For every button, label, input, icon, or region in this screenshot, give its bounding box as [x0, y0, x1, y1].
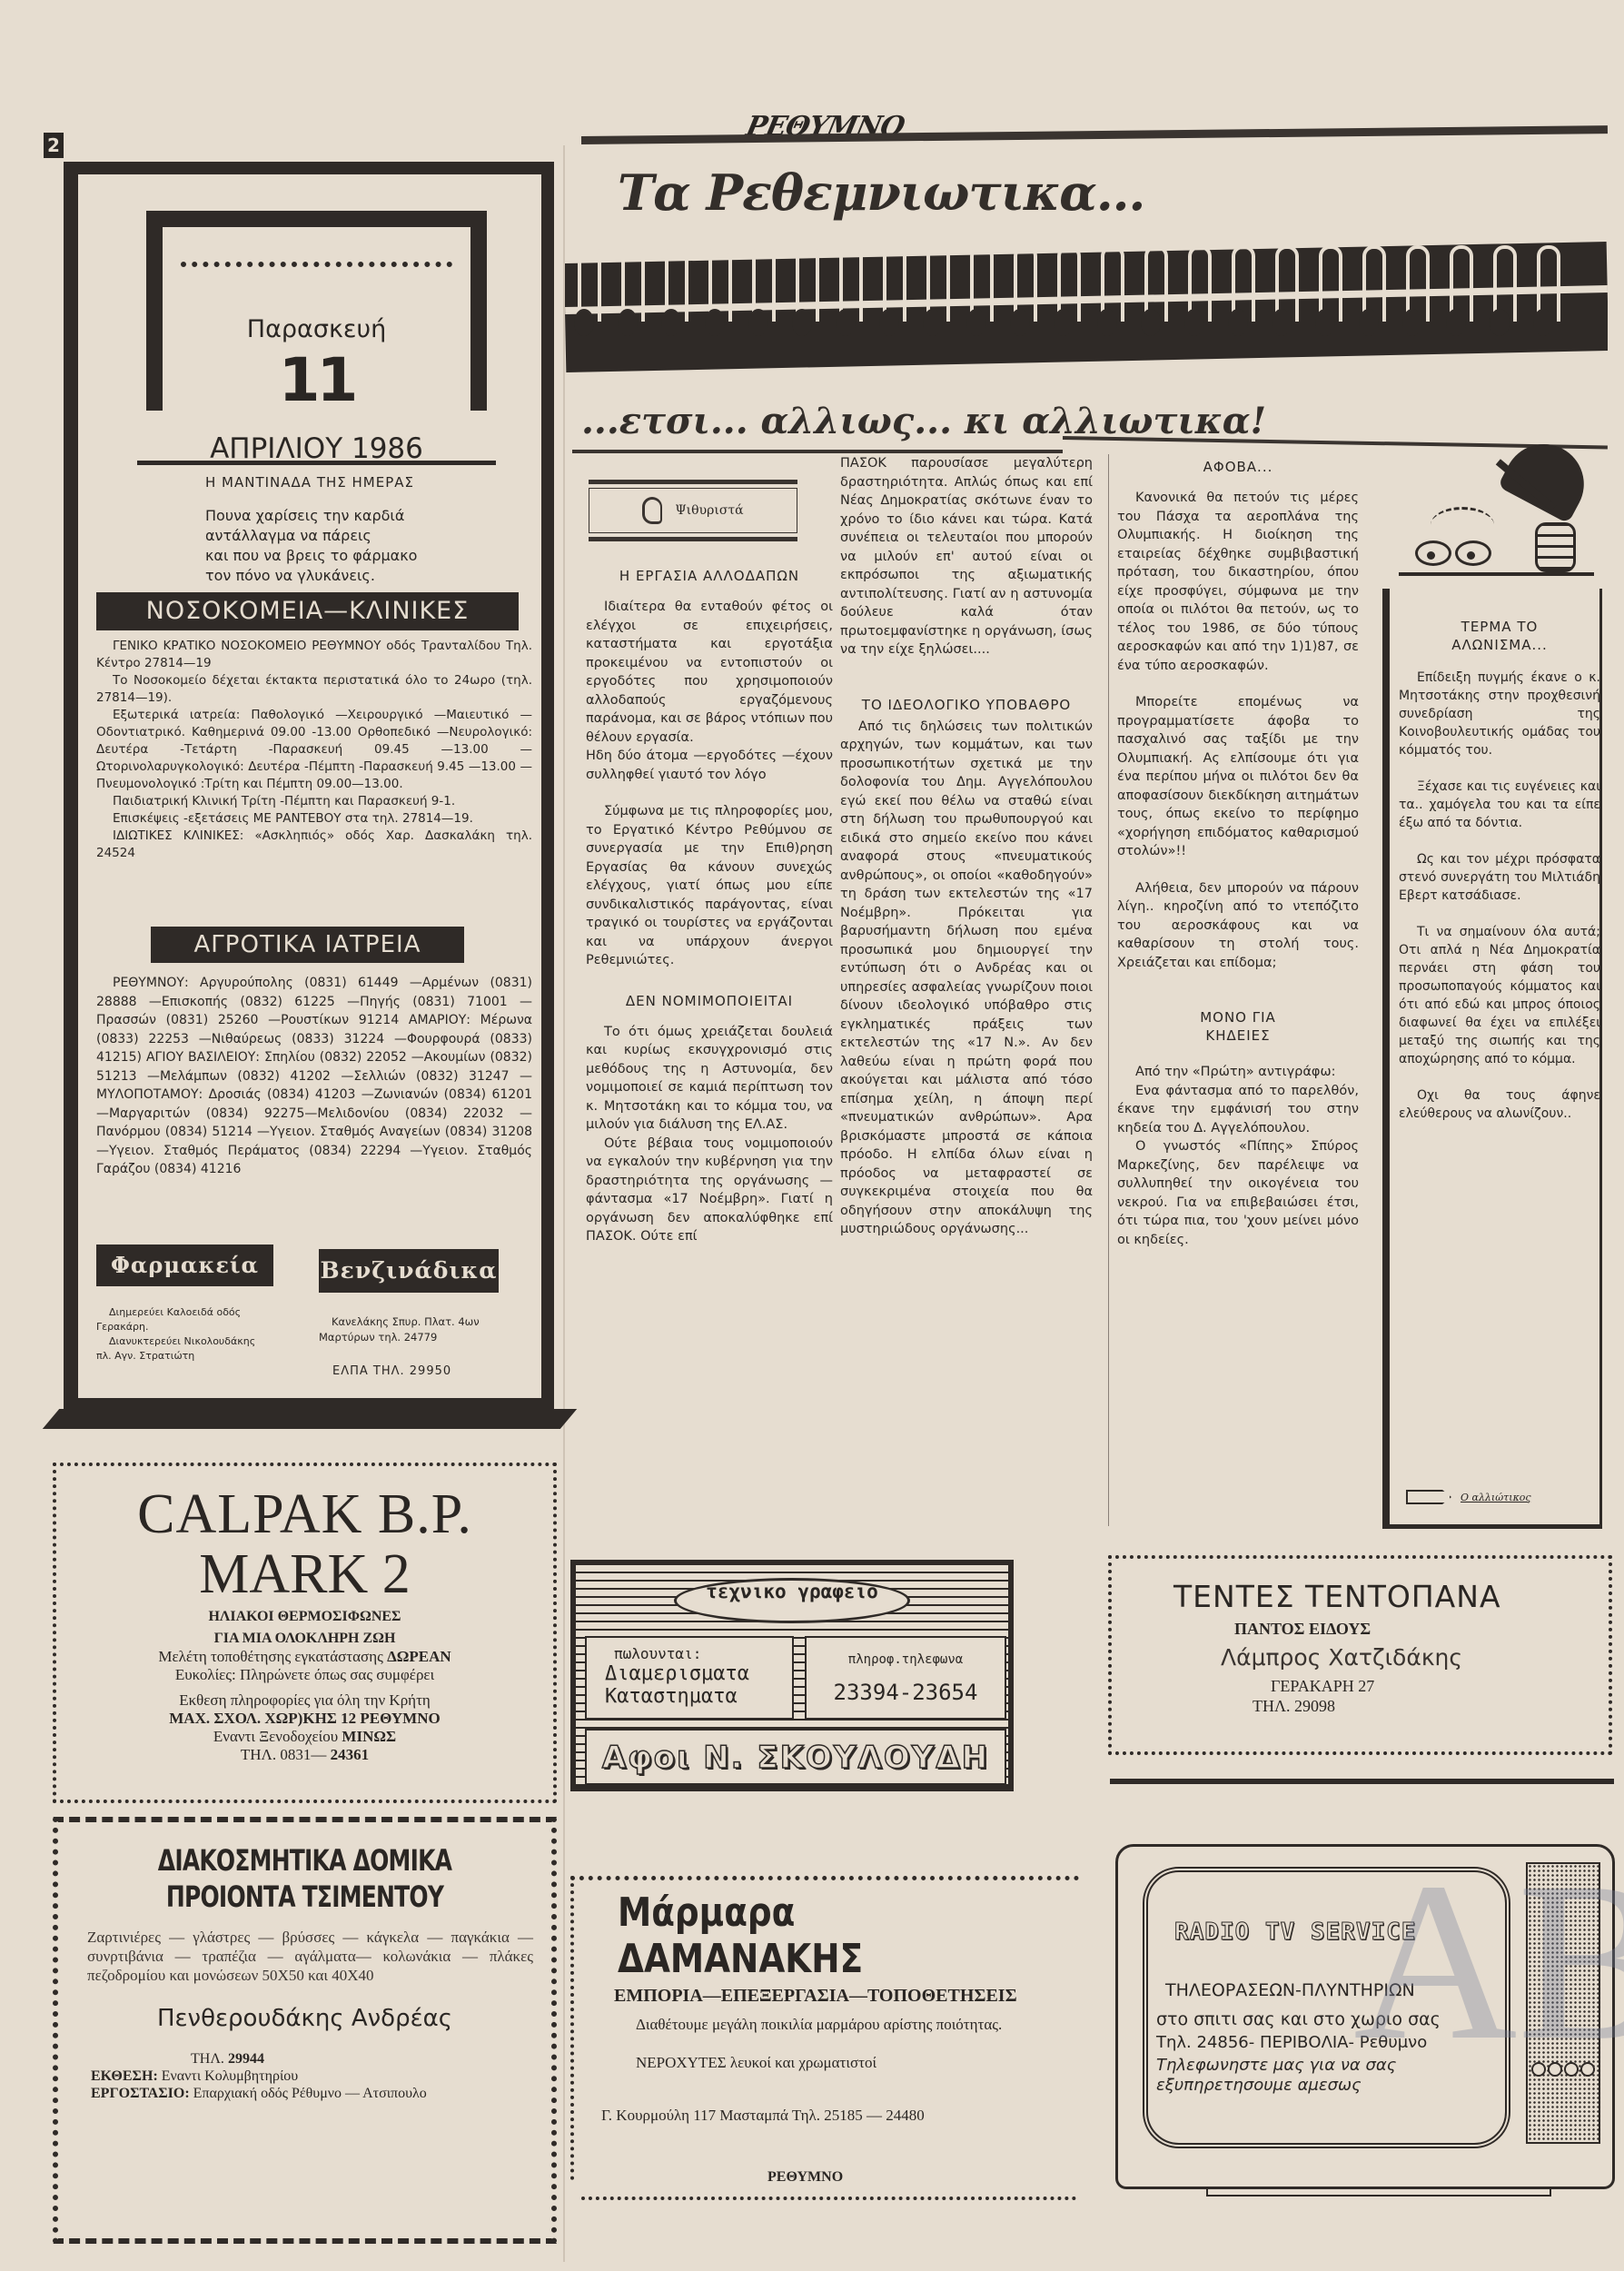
daily-info-box: Παρασκευή 11 ΑΠΡΙΛΙΟΥ 1986 Η ΜΑΝΤΙΝΑΔΑ Τ…	[64, 162, 554, 1411]
marble-advertisement: Μάρμαρα ΔΑΜΑΝΑΚΗΣ ΕΜΠΟΡΙΑ—ΕΠΕΞΕΡΓΑΣΙΑ—ΤΟ…	[570, 1876, 1079, 2180]
ad-text: Εκθεση πληροφορίες για όλη την Κρήτη	[56, 1691, 553, 1710]
article-paragraph: Το ότι όμως χρειάζεται δουλειά και κυρίω…	[586, 1023, 833, 1135]
ad-city: ΡΕΘΥΜΝΟ	[767, 2169, 843, 2186]
ad-title: CALPAK B.P.	[56, 1484, 553, 1544]
hospital-paragraph: Εξωτερικά ιατρεία: Παθολογικό —Χειρουργι…	[96, 707, 532, 793]
ad-text: Μελέτη τοποθέτησης εγκατάστασης ΔΩΡΕΑΝ	[56, 1648, 553, 1666]
article-paragraph: Ως και τον μέχρι πρόσφατα στενό συνεργάτ…	[1399, 850, 1600, 905]
article-heading: ΜΟΝΟ ΓΙΑ ΚΗΔΕΙΕΣ	[1172, 1008, 1304, 1045]
hospitals-text: ΓΕΝΙΚΟ ΚΡΑΤΙΚΟ ΝΟΣΟΚΟΜΕΙΟ ΡΕΘΥΜΝΟΥ οδός …	[96, 638, 532, 862]
pencil-icon	[1406, 1490, 1451, 1504]
ear-icon	[642, 497, 662, 524]
calendar-page: Παρασκευή 11 ΑΠΡΙΛΙΟΥ 1986	[146, 211, 487, 492]
cement-products-advertisement: ΔΙΑΚΟΣΜΗΤΙΚΑ ΔΟΜΙΚΑ ΠΡΟΙΟΝΤΑ ΤΣΙΜΕΝΤΟΥ Ζ…	[53, 1817, 557, 2244]
ad-address: ΓΕΡΑΚΑΡΗ 27 ΤΗΛ. 29098	[1271, 1676, 1609, 1716]
mantinada-verse: Πουνα χαρίσεις την καρδιά αντάλλαγμα να …	[205, 506, 417, 586]
ad-text: Ευκολίες: Πληρώνετε όπως σας συμφέρει	[56, 1666, 553, 1684]
hospital-paragraph: Επισκέψεις -εξετάσεις ΜΕ ΡΑΝΤΕΒΟΥ στα τη…	[96, 810, 532, 828]
hospital-paragraph: Παιδιατρική Κλινική Τρίτη -Πέμπτη και Πα…	[96, 793, 532, 810]
article-paragraph: Ενα φάντασμα από το παρελθόν, έκανε την …	[1117, 1082, 1359, 1138]
rural-clinics-banner: ΑΓΡΟΤΙΚΑ ΙΑΤΡΕΙΑ	[151, 927, 464, 963]
verse-line: και που να βρεις το φάρμακο	[205, 546, 417, 566]
ad-title: Μάρμαρα ΔΑΜΑΝΑΚΗΣ	[618, 1889, 1010, 1982]
hospital-paragraph: ΓΕΝΙΚΟ ΚΡΑΤΙΚΟ ΝΟΣΟΚΟΜΕΙΟ ΡΕΘΥΜΝΟΥ οδός …	[96, 638, 532, 672]
petrol-stations-banner: Βενζινάδικα	[319, 1249, 499, 1293]
ad-contact: ΤΗΛ. 29944 ΕΚΘΕΣΗ: Εναντι Κολυμβητηρίου …	[91, 2050, 551, 2102]
ad-text: Εναντι Ξενοδοχείου ΜΙΝΩΣ	[56, 1728, 553, 1746]
box-shadow	[43, 1409, 577, 1429]
article-paragraph: Κανονικά θα πετούν τις μέρες του Πάσχα τ…	[1117, 489, 1359, 675]
divider	[572, 450, 1063, 453]
whisper-section-label: Ψιθυριστά	[589, 480, 797, 541]
ad-for-sale-box: πωλουνται: Διαμερισματα Καταστηματα	[585, 1636, 794, 1720]
divider	[137, 461, 496, 465]
ad-subtitle: ΓΙΑ ΜΙΑ ΟΛΟΚΛΗΡΗ ΖΩΗ	[56, 1630, 553, 1648]
hospital-paragraph: Το Νοσοκομείο δέχεται έκτακτα περιστατικ…	[96, 672, 532, 707]
article-column-4: ΤΕΡΜΑ ΤΟ ΑΛΩΝΙΣΜΑ... Επίδειξη πυγμής έκα…	[1399, 618, 1600, 1123]
article-paragraph: Ηδη δύο άτομα —εργοδότες —έχουν συλληφθε…	[586, 747, 833, 784]
ad-company-name: Αφοι Ν. ΣΚΟΥΛΟΥΔΗ	[585, 1729, 1006, 1785]
hair-icon	[1431, 507, 1494, 543]
ad-address: ΜΑΧ. ΣΧΟΛ. ΧΩΡ)ΚΗΣ 12 ΡΕΘΥΜΝΟ	[56, 1710, 553, 1728]
hospitals-banner: ΝΟΣΟΚΟΜΕΙΑ—ΚΛΙΝΙΚΕΣ	[96, 592, 519, 630]
ad-title: ΤΕΝΤΕΣ ΤΕΝΤΟΠΑΝΑ	[1173, 1579, 1609, 1614]
elpa-phone: ΕΛΠΑ ΤΗΛ. 29950	[332, 1364, 451, 1378]
ad-owner: Πενθερουδάκης Ανδρέας	[58, 2005, 551, 2032]
article-paragraph: Τι να σημαίνουν όλα αυτά; Οτι απλά η Νέα…	[1399, 923, 1600, 1068]
rural-clinics-text: ΡΕΘΥΜΝΟΥ: Αργυρούπολης (0831) 61449 —Αρμ…	[96, 974, 532, 1179]
mantinada-title: Η ΜΑΝΤΙΝΑΔΑ ΤΗΣ ΗΜΕΡΑΣ	[78, 474, 541, 491]
article-paragraph: Μπορείτε επομένως να προγραμματίσετε άφο…	[1117, 693, 1359, 861]
ad-text: ΝΕΡΟΧΥΤΕΣ λευκοί και χρωματιστοί	[636, 2054, 1079, 2072]
article-column-3: ΑΦΟΒΑ... Κανονικά θα πετούν τις μέρες το…	[1117, 454, 1359, 1249]
article-paragraph: Επίδειξη πυγμής έκανε ο κ. Μητσοτάκης στ…	[1399, 669, 1600, 759]
article-paragraph: Ούτε βέβαια τους νομιμοποιούν να εγκαλού…	[586, 1135, 833, 1246]
petrol-line: Κανελάκης Σπυρ. Πλατ. 4ων Μαρτύρων τηλ. …	[319, 1314, 500, 1345]
article-heading: ΤΟ ΙΔΕΟΛΟΓΙΚΟ ΥΠΟΒΑΘΡΟ	[858, 696, 1074, 714]
article-heading: ΤΕΡΜΑ ΤΟ ΑΛΩΝΙΣΜΑ...	[1435, 618, 1564, 654]
hand-icon	[1535, 522, 1576, 572]
article-paragraph: Οχι θα τους άφηνε ελεύθερους να αλωνίζου…	[1399, 1086, 1600, 1123]
ad-subtitle: ΕΜΠΟΡΙΑ—ΕΠΕΞΕΡΓΑΣΙΑ—ΤΟΠΟΘΕΤΗΣΕΙΣ	[614, 1986, 1079, 2007]
article-paragraph: Σύμφωνα με τις πληροφορίες μου, το Εργατ…	[586, 802, 833, 970]
eyes-icon	[1415, 540, 1491, 566]
verse-line: αντάλλαγμα να πάρεις	[205, 526, 417, 546]
article-heading: ΑΦΟΒΑ...	[1117, 458, 1359, 476]
article-paragraph: Ξέχασε και τις ευγένειες και τα.. χαμόγε…	[1399, 778, 1600, 832]
ad-owner: Λάμπρος Χατζιδάκης	[1221, 1644, 1609, 1671]
article-paragraph: Από τις δηλώσεις των πολιτικών αρχηγών, …	[840, 718, 1093, 1239]
ad-subtitle: ΠΑΝΤΟΣ ΕΙΔΟΥΣ	[1234, 1620, 1609, 1639]
spiral-rings	[572, 234, 1608, 375]
article-paragraph: Ο γνωστός «Πίπης» Σπύρος Μαρκεζίνης, δεν…	[1117, 1137, 1359, 1249]
feature-subtitle: ...ετσι... αλλιως... κι αλλιωτικα!	[581, 400, 1266, 442]
top-rule-divider	[581, 125, 1608, 144]
ad-phone: ΤΗΛ. 0831— 24361	[56, 1746, 553, 1764]
whisper-label: Ψιθυριστά	[675, 503, 743, 518]
spiral-binding-illustration	[565, 234, 1608, 375]
article-paragraph: Αλήθεια, δεν μπορούν να πάρουν λίγη.. κη…	[1117, 879, 1359, 973]
verse-line: τον πόνο να γλυκάνεις.	[205, 566, 417, 586]
pharmacy-line: Διανυκτερεύει Νικολουδάκης πλ. Αγν. Στρα…	[96, 1334, 273, 1364]
ad-title: ΠΡΟΙΟΝΤΑ ΤΣΙΜΕΝΤΟΥ	[113, 1879, 498, 1915]
verse-line: Πουνα χαρίσεις την καρδιά	[205, 506, 417, 526]
pharmacy-line: Διημερεύει Καλοειδά οδός Γερακάρη.	[96, 1305, 273, 1334]
ad-subtitle: ΗΛΙΑΚΟΙ ΘΕΡΜΟΣΙΦΩΝΕΣ	[56, 1608, 553, 1626]
feature-title: Τα Ρεθεμνιωτικα...	[618, 164, 1144, 222]
page-number: 2	[44, 133, 64, 158]
columnist-signature: Ο αλλιώτικος	[1406, 1490, 1531, 1504]
calendar-day-number: 11	[146, 345, 487, 415]
petrol-text: Κανελάκης Σπυρ. Πλατ. 4ων Μαρτύρων τηλ. …	[319, 1314, 500, 1345]
pharmacies-banner: Φαρμακεία	[96, 1245, 273, 1286]
article-heading: ΔΕΝ ΝΟΜΙΜΟΠΟΙΕΙΤΑΙ	[586, 992, 833, 1010]
pharmacies-text: Διημερεύει Καλοειδά οδός Γερακάρη. Διανυ…	[96, 1305, 273, 1364]
rural-clinics-paragraph: ΡΕΘΥΜΝΟΥ: Αργυρούπολης (0831) 61449 —Αρμ…	[96, 974, 532, 1179]
article-paragraph: ΠΑΣΟΚ παρουσίασε μεγαλύτερη δραστηριότητ…	[840, 454, 1093, 659]
signature-text: Ο αλλιώτικος	[1461, 1492, 1531, 1503]
ad-product-list: Ζαρτινιέρες — γλάστρες — βρύσσες — κάγκε…	[87, 1928, 533, 1985]
article-paragraph: Από την «Πρώτη» αντιγράφω:	[1117, 1063, 1359, 1082]
calpak-advertisement: CALPAK B.P. MARK 2 ΗΛΙΑΚΟΙ ΘΕΡΜΟΣΙΦΩΝΕΣ …	[53, 1463, 557, 1803]
ad-title: MARK 2	[56, 1544, 553, 1604]
ad-phone-box: πληροφ.τηλεφωνα 23394-23654	[805, 1636, 1006, 1720]
article-paragraph: Ιδιαίτερα θα ενταθούν φέτος οι ελέγχοι σ…	[586, 598, 833, 747]
awnings-advertisement: ΤΕΝΤΕΣ ΤΕΝΤΟΠΑΝΑ ΠΑΝΤΟΣ ΕΙΔΟΥΣ Λάμπρος Χ…	[1108, 1555, 1612, 1755]
column-divider	[563, 145, 565, 2262]
divider	[1110, 1779, 1614, 1784]
technical-office-advertisement: τεχνικο γραφειο πωλουνται: Διαμερισματα …	[570, 1560, 1014, 1791]
article-heading: Η ΕΡΓΑΣΙΑ ΑΛΛΟΔΑΠΩΝ	[586, 567, 833, 585]
hospital-paragraph: ΙΔΙΩΤΙΚΕΣ ΚΛΙΝΙΚΕΣ: «Ασκληπιός» οδός Χαρ…	[96, 828, 532, 862]
ad-title: ΔΙΑΚΟΣΜΗΤΙΚΑ ΔΟΜΙΚΑ	[113, 1842, 498, 1879]
calendar-day-name: Παρασκευή	[146, 315, 487, 343]
divider	[581, 2197, 1076, 2201]
column-divider	[1108, 454, 1109, 1526]
ad-text: Διαθέτουμε μεγάλη ποικιλία μαρμάρου αρίσ…	[614, 2016, 1050, 2034]
ad-title: τεχνικο γραφειο	[674, 1578, 910, 1623]
peeking-character-illustration	[1399, 436, 1594, 586]
article-column-2: ΠΑΣΟΚ παρουσίασε μεγαλύτερη δραστηριότητ…	[840, 454, 1093, 1239]
article-column-1: Η ΕΡΓΑΣΙΑ ΑΛΛΟΔΑΠΩΝ Ιδιαίτερα θα ενταθού…	[586, 563, 833, 1246]
ad-address: Γ. Κουρμούλη 117 Μασταμπά Τηλ. 25185 — 2…	[601, 2107, 1079, 2125]
archive-watermark: ΑΒ	[1353, 1871, 1599, 2271]
